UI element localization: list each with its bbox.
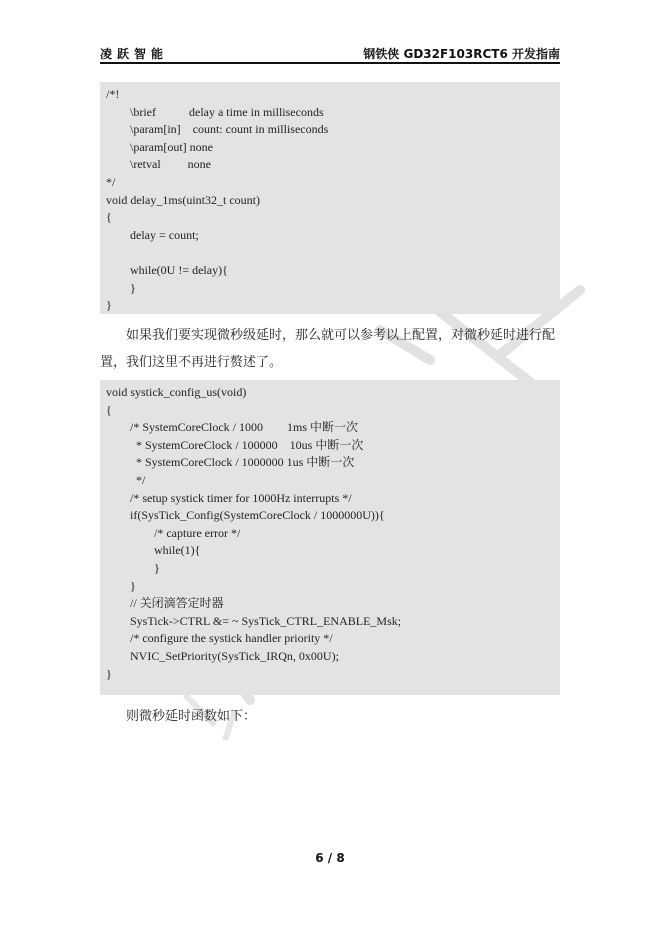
code-line: }: [106, 560, 560, 578]
code-line: }: [106, 578, 560, 596]
code-line: \param[out] none: [106, 139, 560, 157]
code-line: }: [106, 280, 560, 298]
code-line: if(SysTick_Config(SystemCoreClock / 1000…: [106, 507, 560, 525]
code-line: void systick_config_us(void): [106, 384, 560, 402]
code-block-delay-1ms: /*! \brief delay a time in milliseconds …: [100, 82, 560, 314]
code-line: \param[in] count: count in milliseconds: [106, 121, 560, 139]
code-line: * SystemCoreClock / 100000 10us 中断一次: [106, 437, 560, 455]
code-line: {: [106, 209, 560, 227]
code-line: /* configure the systick handler priorit…: [106, 630, 560, 648]
code-line: }: [106, 666, 560, 684]
code-line: {: [106, 402, 560, 420]
code-line: /* setup systick timer for 1000Hz interr…: [106, 490, 560, 508]
code-line: delay = count;: [106, 227, 560, 245]
code-line: void delay_1ms(uint32_t count): [106, 192, 560, 210]
code-line: NVIC_SetPriority(SysTick_IRQn, 0x00U);: [106, 648, 560, 666]
code-line: }: [106, 297, 560, 315]
page-header: 凌跃智能 钢铁侠 GD32F103RCT6 开发指南: [100, 44, 560, 64]
code-line: while(1){: [106, 542, 560, 560]
page-number: 6 / 8: [0, 851, 660, 865]
body-paragraph-microsecond: 如果我们要实现微秒级延时，那么就可以参考以上配置，对微秒延时进行配置，我们这里不…: [100, 322, 560, 376]
header-company: 凌跃智能: [100, 45, 168, 62]
code-line: \retval none: [106, 156, 560, 174]
code-block-systick-config-us: void systick_config_us(void) { /* System…: [100, 380, 560, 695]
code-line: */: [106, 174, 560, 192]
code-line: /* SystemCoreClock / 1000 1ms 中断一次: [106, 419, 560, 437]
code-line: * SystemCoreClock / 1000000 1us 中断一次: [106, 454, 560, 472]
code-line: */: [106, 472, 560, 490]
code-line: /*!: [106, 86, 560, 104]
code-line: // 关闭滴答定时器: [106, 595, 560, 613]
header-doc-title: 钢铁侠 GD32F103RCT6 开发指南: [363, 45, 560, 62]
code-line: /* capture error */: [106, 525, 560, 543]
code-line: [106, 244, 560, 262]
code-line: SysTick->CTRL &= ~ SysTick_CTRL_ENABLE_M…: [106, 613, 560, 631]
body-paragraph-function-intro: 则微秒延时函数如下：: [100, 703, 560, 730]
code-line: \brief delay a time in milliseconds: [106, 104, 560, 122]
code-line: while(0U != delay){: [106, 262, 560, 280]
